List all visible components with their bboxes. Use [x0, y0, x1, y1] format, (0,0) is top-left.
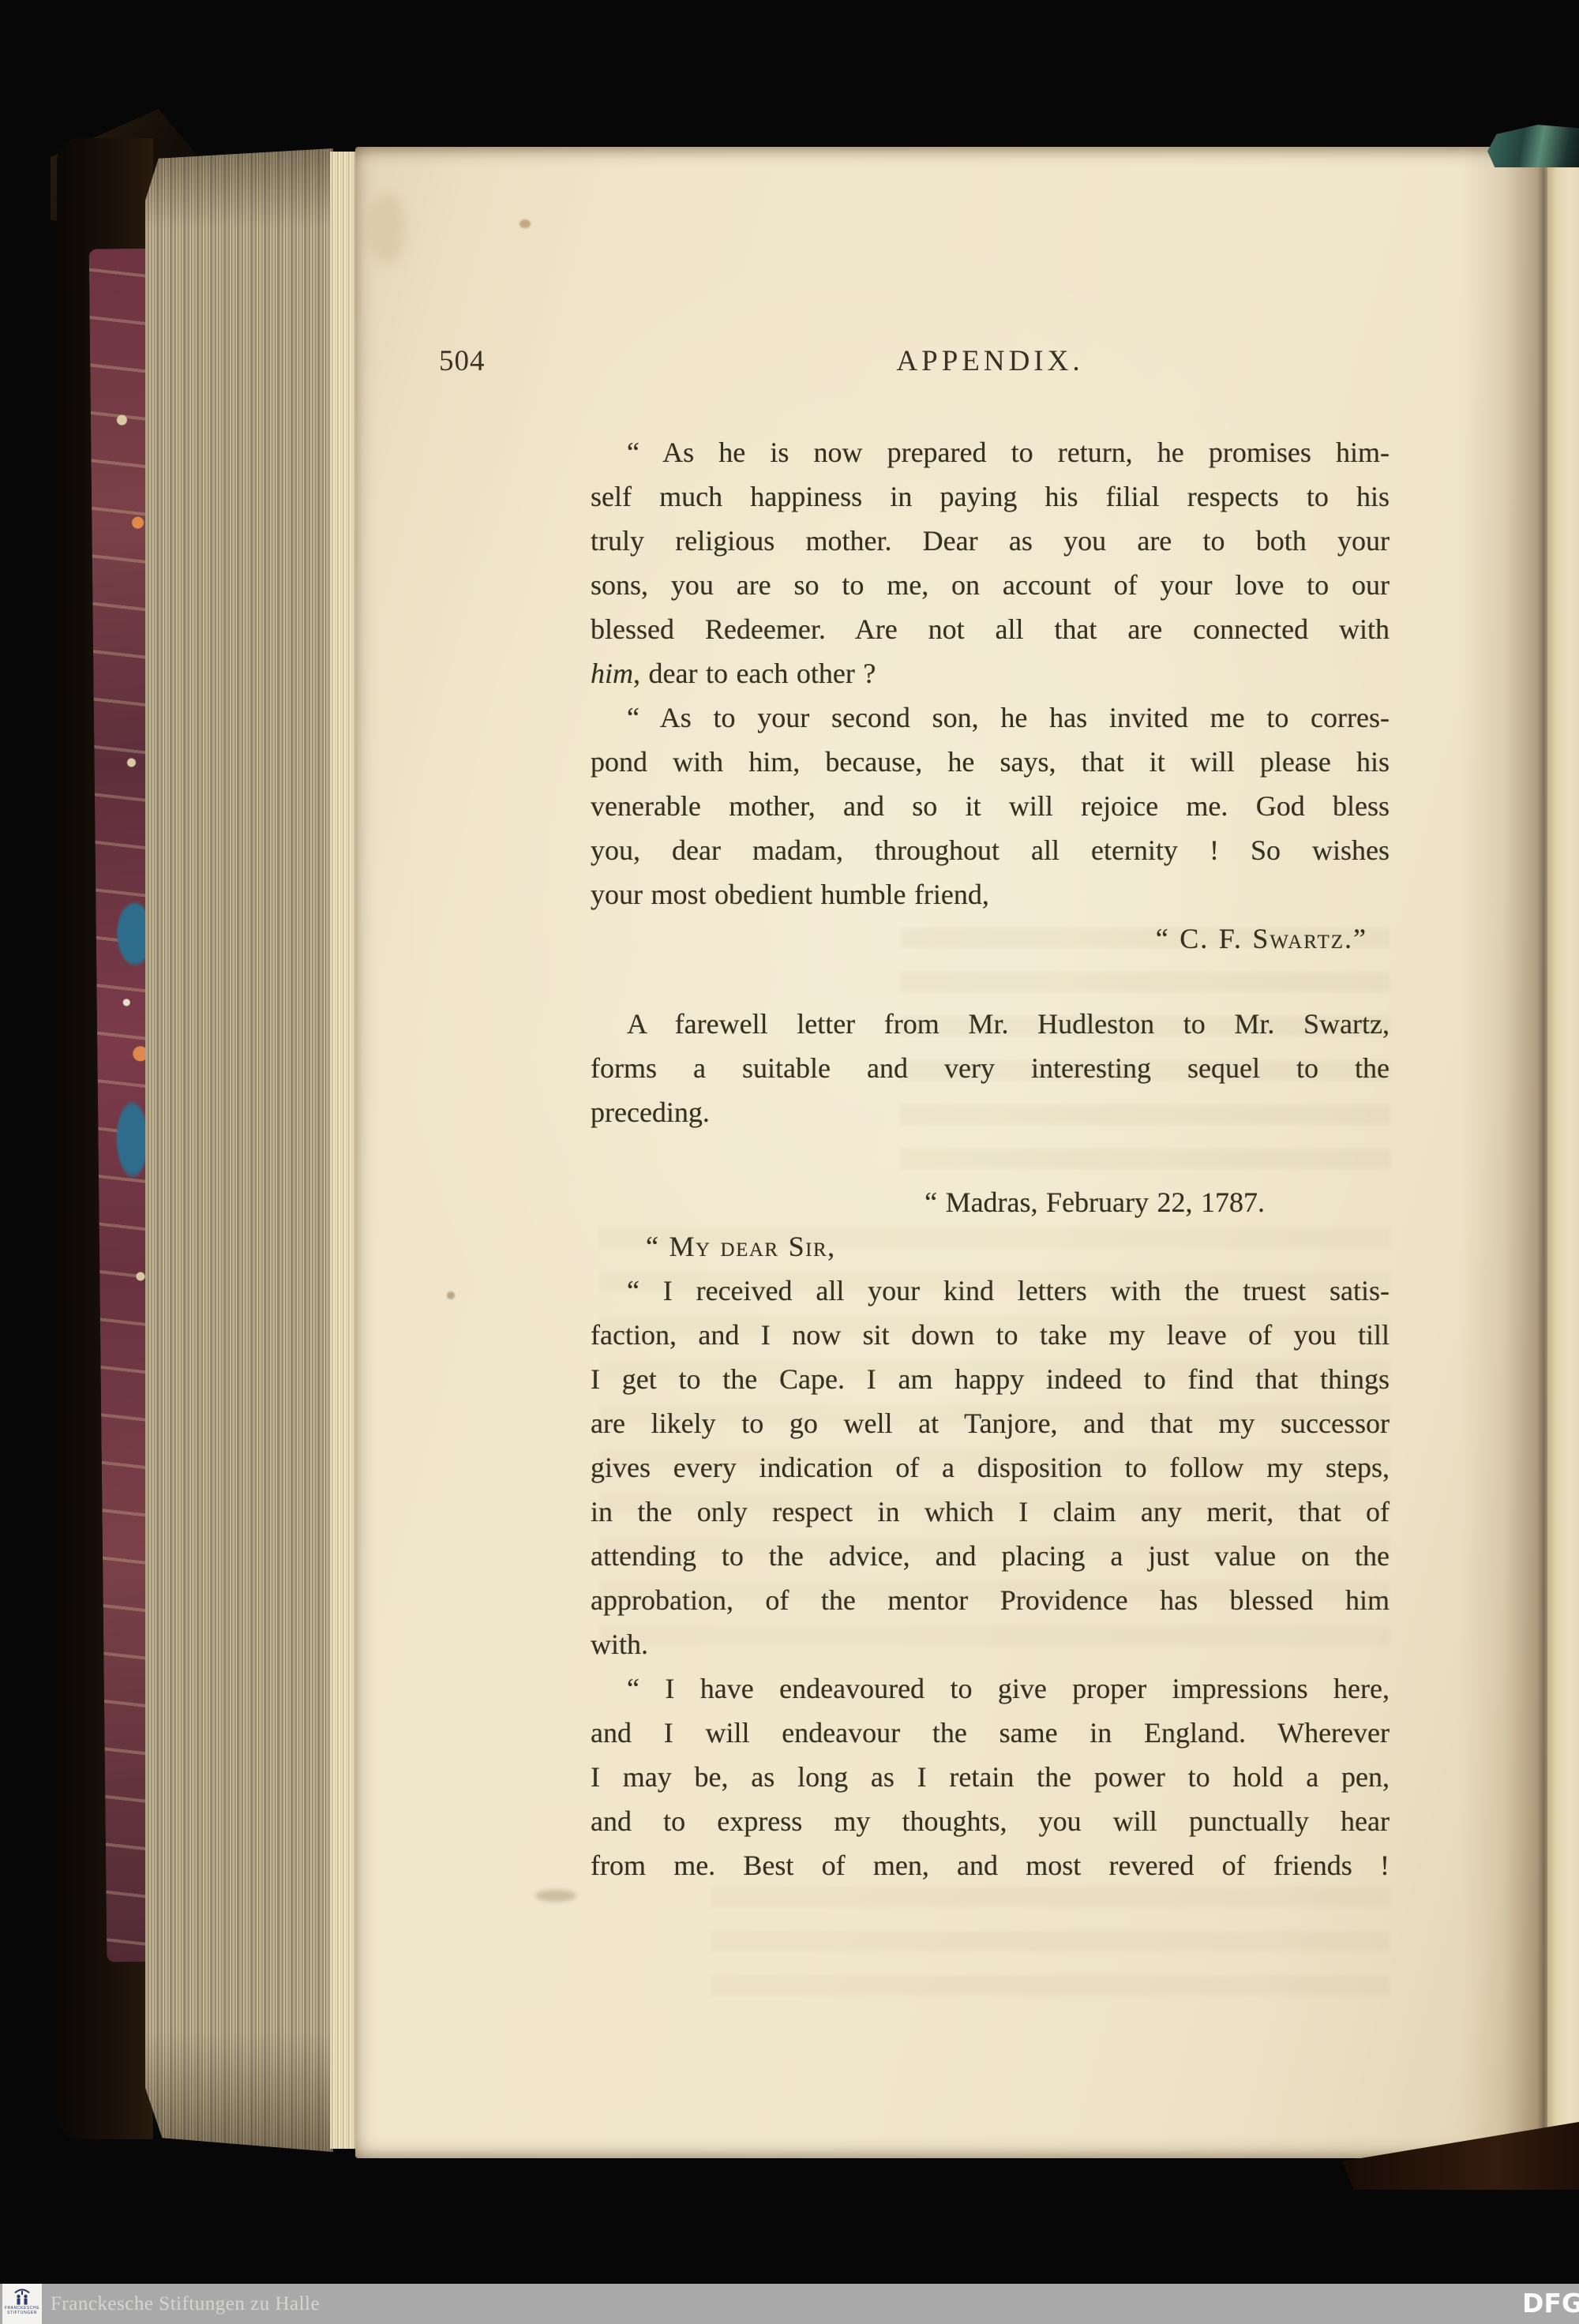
text-line: pond with him, because, he says, that it…	[591, 740, 1390, 784]
text-line: faction, and I now sit down to take my l…	[591, 1313, 1390, 1357]
text-line: from me. Best of men, and most revered o…	[591, 1843, 1390, 1887]
text-line: “ As he is now prepared to return, he pr…	[591, 430, 1390, 474]
page-gutter-shadow	[1461, 148, 1547, 2157]
archive-logo: FRANCKESCHE STIFTUNGEN	[2, 2284, 42, 2324]
text-line: preceding.	[591, 1090, 1390, 1134]
paragraph: “ As to your second son, he has invited …	[591, 695, 1390, 916]
paper-stain	[369, 193, 406, 265]
ink-bleed-through	[711, 1887, 1390, 1997]
spacer	[591, 961, 1390, 1002]
text-line: and I will endeavour the same in England…	[591, 1711, 1390, 1755]
text-line: A farewell letter from Mr. Hudleston to …	[591, 1002, 1390, 1046]
paper-stain	[447, 1291, 455, 1299]
salutation-line: “ My dear Sir,	[591, 1224, 1390, 1269]
facing-page-sliver	[1547, 150, 1579, 2149]
text-line: approbation, of the mentor Providence ha…	[591, 1578, 1390, 1622]
text-line: and to express my thoughts, you will pun…	[591, 1799, 1390, 1843]
text-line: “ As to your second son, he has invited …	[591, 695, 1390, 740]
text-line: sons, you are so to me, on account of yo…	[591, 563, 1390, 607]
spacer	[591, 1134, 1390, 1180]
text-line: in the only respect in which I claim any…	[591, 1490, 1390, 1534]
text-line: “ I received all your kind letters with …	[591, 1269, 1390, 1313]
text-line: with.	[591, 1622, 1390, 1666]
text-line: you, dear madam, throughout all eternity…	[591, 828, 1390, 872]
text-line: attending to the advice, and placing a j…	[591, 1534, 1390, 1578]
text-line: are likely to go well at Tanjore, and th…	[591, 1401, 1390, 1445]
paragraph: “ As he is now prepared to return, he pr…	[591, 430, 1390, 695]
scan-background: { "colors": { "background": "#070707", "…	[0, 0, 1579, 2324]
signature-line: “ C. F. Swartz.”	[591, 916, 1390, 961]
running-header: APPENDIX.	[591, 344, 1390, 378]
text-line: gives every indication of a disposition …	[591, 1445, 1390, 1490]
dateline-line: “ Madras, February 22, 1787.	[591, 1180, 1390, 1224]
text-line: “ I have endeavoured to give proper impr…	[591, 1666, 1390, 1711]
paragraph: “ I received all your kind letters with …	[591, 1269, 1390, 1666]
paper-stain	[519, 219, 531, 228]
text-line: self much happiness in paying his filial…	[591, 474, 1390, 519]
page-number: 504	[439, 344, 486, 378]
paragraph: “ I have endeavoured to give proper impr…	[591, 1666, 1390, 1887]
paper-smudge	[535, 1890, 576, 1902]
dfg-logo: DFG	[1522, 2284, 1574, 2324]
page-stack-inner-edge	[330, 152, 358, 2149]
archive-logo-text-line2: STIFTUNGEN	[7, 2311, 37, 2315]
text-line: blessed Redeemer. Are not all that are c…	[591, 607, 1390, 651]
text-line: him, dear to each other ?	[591, 651, 1390, 695]
letter-text: “ As he is now prepared to return, he pr…	[591, 430, 1390, 1887]
text-line: forms a suitable and very interesting se…	[591, 1046, 1390, 1090]
page-stack-fore-edge	[145, 148, 333, 2152]
text-line: I get to the Cape. I am happy indeed to …	[591, 1357, 1390, 1401]
archive-emblem-icon	[12, 2285, 32, 2306]
text-line: your most obedient humble friend,	[591, 872, 1390, 916]
text-line: venerable mother, and so it will rejoice…	[591, 784, 1390, 828]
text-line: I may be, as long as I retain the power …	[591, 1755, 1390, 1799]
text-line: truly religious mother. Dear as you are …	[591, 519, 1390, 563]
paragraph: A farewell letter from Mr. Hudleston to …	[591, 1002, 1390, 1134]
archive-name: Franckesche Stiftungen zu Halle	[51, 2284, 320, 2324]
cover-corner-top-right	[1487, 125, 1579, 167]
